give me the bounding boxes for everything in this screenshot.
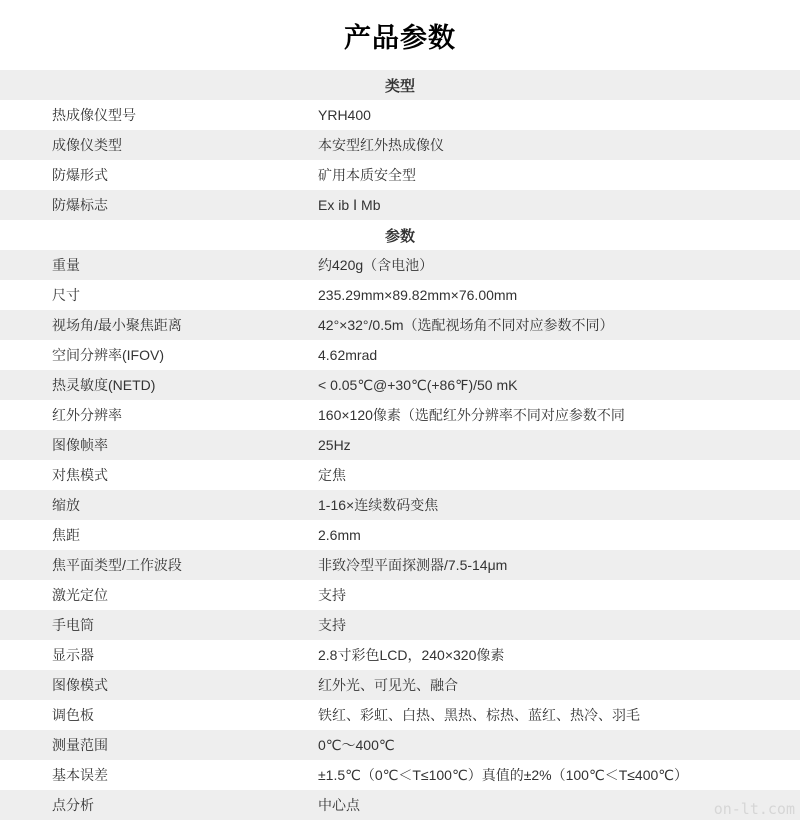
spec-label: 调色板: [0, 705, 318, 725]
spec-value: 非致冷型平面探测器/7.5-14μm: [318, 555, 800, 575]
spec-label: 激光定位: [0, 585, 318, 605]
spec-row: 显示器2.8寸彩色LCD，240×320像素: [0, 640, 800, 670]
spec-label: 视场角/最小聚焦距离: [0, 315, 318, 335]
spec-label: 显示器: [0, 645, 318, 665]
spec-label: 缩放: [0, 495, 318, 515]
spec-label: 对焦模式: [0, 465, 318, 485]
spec-value: 235.29mm×89.82mm×76.00mm: [318, 287, 800, 303]
spec-value: 红外光、可见光、融合: [318, 675, 800, 695]
spec-row: 尺寸235.29mm×89.82mm×76.00mm: [0, 280, 800, 310]
spec-label: 图像帧率: [0, 435, 318, 455]
section-title: 类型: [385, 75, 415, 96]
spec-row: 缩放1-16×连续数码变焦: [0, 490, 800, 520]
spec-value: 4.62mrad: [318, 347, 800, 363]
section-header-row: 类型: [0, 70, 800, 100]
spec-label: 基本误差: [0, 765, 318, 785]
spec-row: 图像帧率25Hz: [0, 430, 800, 460]
spec-label: 焦距: [0, 525, 318, 545]
spec-value: 160×120像素（选配红外分辨率不同对应参数不同: [318, 405, 800, 425]
spec-value: 0℃～400℃: [318, 735, 800, 755]
spec-value: YRH400: [318, 107, 800, 123]
spec-row: 对焦模式定焦: [0, 460, 800, 490]
spec-row: 重量约420g（含电池）: [0, 250, 800, 280]
spec-table: 类型热成像仪型号YRH400成像仪类型本安型红外热成像仪防爆形式矿用本质安全型防…: [0, 70, 800, 820]
spec-row: 视场角/最小聚焦距离42°×32°/0.5m（选配视场角不同对应参数不同）: [0, 310, 800, 340]
spec-row: 激光定位支持: [0, 580, 800, 610]
spec-row: 手电筒支持: [0, 610, 800, 640]
spec-label: 空间分辨率(IFOV): [0, 345, 318, 365]
spec-value: 矿用本质安全型: [318, 165, 800, 185]
spec-row: 基本误差±1.5℃（0℃＜T≤100℃）真值的±2%（100℃＜T≤400℃）: [0, 760, 800, 790]
spec-value: 2.8寸彩色LCD，240×320像素: [318, 645, 800, 665]
page-title: 产品参数: [0, 0, 800, 70]
spec-label: 重量: [0, 255, 318, 275]
spec-value: 约420g（含电池）: [318, 255, 800, 275]
spec-value: 1-16×连续数码变焦: [318, 495, 800, 515]
spec-label: 红外分辨率: [0, 405, 318, 425]
spec-label: 防爆形式: [0, 165, 318, 185]
spec-label: 热成像仪型号: [0, 105, 318, 125]
product-spec-page: 产品参数 类型热成像仪型号YRH400成像仪类型本安型红外热成像仪防爆形式矿用本…: [0, 0, 800, 822]
spec-value: 本安型红外热成像仪: [318, 135, 800, 155]
spec-row: 图像模式红外光、可见光、融合: [0, 670, 800, 700]
spec-label: 热灵敏度(NETD): [0, 375, 318, 395]
spec-row: 热成像仪型号YRH400: [0, 100, 800, 130]
spec-label: 图像模式: [0, 675, 318, 695]
spec-value: 支持: [318, 585, 800, 605]
spec-value: 2.6mm: [318, 527, 800, 543]
spec-value: Ex ib Ⅰ Mb: [318, 197, 800, 214]
spec-row: 调色板铁红、彩虹、白热、黑热、棕热、蓝红、热冷、羽毛: [0, 700, 800, 730]
spec-label: 点分析: [0, 795, 318, 815]
spec-label: 测量范围: [0, 735, 318, 755]
spec-value: 42°×32°/0.5m（选配视场角不同对应参数不同）: [318, 315, 800, 335]
spec-label: 焦平面类型/工作波段: [0, 555, 318, 575]
spec-label: 尺寸: [0, 285, 318, 305]
spec-value: < 0.05℃@+30℃(+86℉)/50 mK: [318, 377, 800, 394]
spec-value: 铁红、彩虹、白热、黑热、棕热、蓝红、热冷、羽毛: [318, 705, 800, 725]
spec-label: 成像仪类型: [0, 135, 318, 155]
spec-row: 测量范围0℃～400℃: [0, 730, 800, 760]
spec-value: 中心点: [318, 795, 800, 815]
spec-row: 热灵敏度(NETD)< 0.05℃@+30℃(+86℉)/50 mK: [0, 370, 800, 400]
spec-row: 焦距2.6mm: [0, 520, 800, 550]
spec-row: 空间分辨率(IFOV)4.62mrad: [0, 340, 800, 370]
spec-value: 25Hz: [318, 437, 800, 453]
spec-row: 防爆标志Ex ib Ⅰ Mb: [0, 190, 800, 220]
spec-row: 焦平面类型/工作波段非致冷型平面探测器/7.5-14μm: [0, 550, 800, 580]
spec-value: 支持: [318, 615, 800, 635]
spec-row: 防爆形式矿用本质安全型: [0, 160, 800, 190]
spec-value: 定焦: [318, 465, 800, 485]
spec-label: 手电筒: [0, 615, 318, 635]
section-title: 参数: [385, 225, 415, 246]
section-header-row: 参数: [0, 220, 800, 250]
spec-row: 红外分辨率160×120像素（选配红外分辨率不同对应参数不同: [0, 400, 800, 430]
spec-row: 成像仪类型本安型红外热成像仪: [0, 130, 800, 160]
spec-value: ±1.5℃（0℃＜T≤100℃）真值的±2%（100℃＜T≤400℃）: [318, 765, 800, 785]
spec-label: 防爆标志: [0, 195, 318, 215]
spec-row: 点分析中心点: [0, 790, 800, 820]
